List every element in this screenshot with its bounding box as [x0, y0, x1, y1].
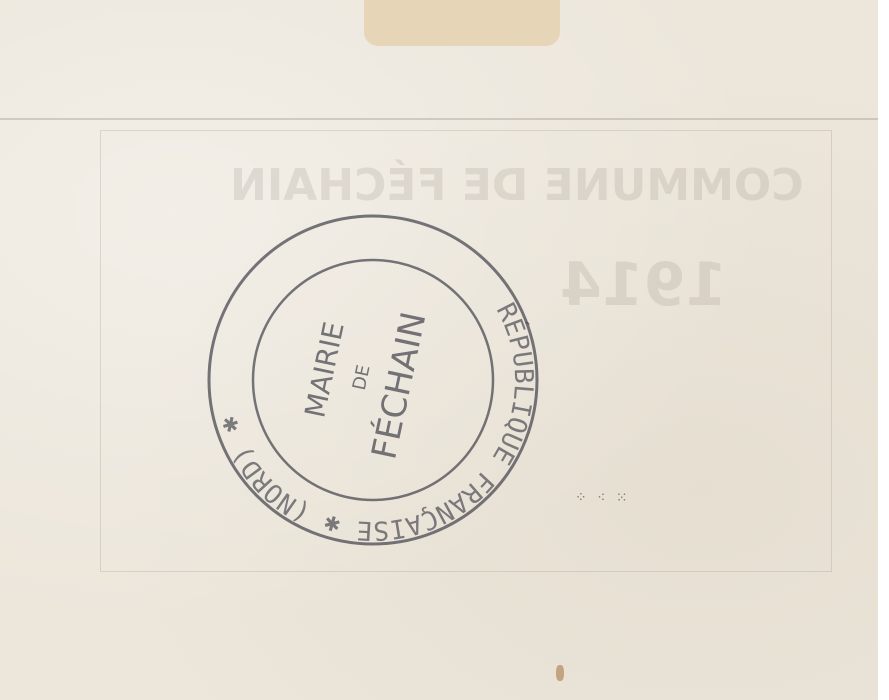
- perforated-edge: [875, 0, 889, 700]
- fold-crease: [0, 118, 878, 120]
- paper-note-back: COMMUNE DE FÉCHAIN 1914 RÉPUBLIQUE FRANÇ…: [0, 0, 878, 700]
- show-through-title: COMMUNE DE FÉCHAIN: [230, 160, 804, 211]
- mairie-stamp: RÉPUBLIQUE FRANÇAISE ✱ (NORD) ✱ MAIRIE D…: [205, 212, 541, 548]
- paper-stain: [556, 665, 564, 681]
- stamp-inner-fechain: FÉCHAIN: [363, 308, 434, 462]
- tape-residue: [364, 0, 560, 46]
- stamp-inner-de: DE: [349, 363, 375, 392]
- show-through-year: 1914: [560, 250, 727, 320]
- ink-smudge: ⁘ ⁖ ⁙: [575, 490, 631, 506]
- stamp-inner-mairie: MAIRIE: [298, 319, 350, 421]
